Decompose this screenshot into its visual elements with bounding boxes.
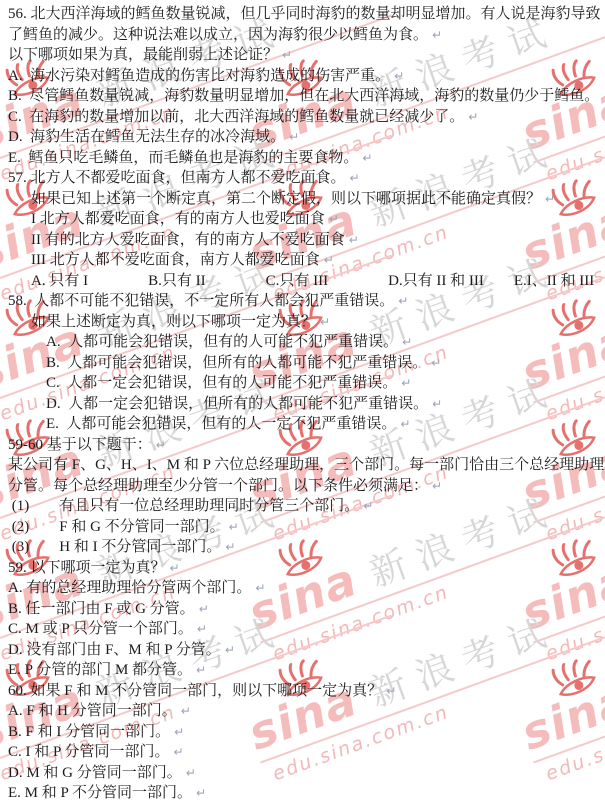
- text-line: 59-60 基于以下题干：↵: [0, 435, 605, 456]
- line-text: D. 人都一定会犯错误，但所有的人都可能不犯严重错误。: [46, 396, 428, 412]
- paragraph-mark: ↵: [225, 540, 235, 554]
- line-text: (1) 有且只有一位总经理助理同时分管三个部门。: [8, 498, 359, 514]
- paragraph-mark: ↵: [398, 294, 408, 308]
- text-line: 了鳕鱼的减少。这种说法难以成立，因为海豹很少以鳕鱼为食。↵: [0, 25, 605, 46]
- text-line: C. M 或 P 只分管一个部门。↵: [0, 619, 605, 640]
- text-line: 60. 如果 F 和 M 不分管同一部门，则以下哪项一定为真？↵: [0, 681, 605, 702]
- text-line: E. 人都可能会犯错误，但有的人一定不犯严重错误。↵: [0, 414, 605, 435]
- line-text: (3) H 和 I 不分管同一部门。: [8, 539, 221, 555]
- paragraph-mark: ↵: [181, 704, 191, 718]
- text-line: B. 任一部门由 F 或 G 分管。↵: [0, 599, 605, 620]
- paragraph-mark: ↵: [468, 110, 478, 124]
- paragraph-mark: ↵: [362, 151, 372, 165]
- text-line: D. 海豹生活在鳕鱼无法生存的冰冷海域。↵: [0, 127, 605, 148]
- line-text: D. 海豹生活在鳕鱼无法生存的冰冷海域。: [8, 129, 285, 145]
- paragraph-mark: ↵: [174, 745, 184, 759]
- paragraph-mark: ↵: [363, 499, 373, 513]
- line-text: I 北方人都爱吃面食，有的南方人也爱吃面食: [31, 211, 325, 227]
- line-text: A. 人都可能会犯错误，但有的人可能不犯严重错误。: [46, 334, 398, 350]
- paragraph-mark: ↵: [324, 253, 334, 267]
- text-line: 57. 北方人不都爱吃面食，但南方人都不爱吃面食。↵: [0, 168, 605, 189]
- line-text: C. 人都一定会犯错误，但有的人可能不犯严重错误。: [46, 375, 397, 391]
- line-text: 60. 如果 F 和 M 不分管同一部门，则以下哪项一定为真？: [8, 683, 382, 699]
- paragraph-mark: ↵: [402, 335, 412, 349]
- line-text: A. F 和 H 分管同一部门。: [8, 703, 177, 719]
- text-line: 如果上述断定为真，则以下哪项一定为真？↵: [0, 312, 605, 333]
- text-line: D. M 和 G 分管同一部门。↵: [0, 763, 605, 784]
- line-text: 56. 北大西洋海域的鳕鱼数量锐减，但几乎同时海豹的数量却明显增加。有人说是海豹…: [8, 6, 601, 22]
- text-line: 58. 人都不可能不犯错误，不一定所有人都会犯严重错误。↵: [0, 291, 605, 312]
- paragraph-mark: ↵: [320, 315, 330, 329]
- text-line: A. 有的总经理助理恰分管两个部门。↵: [0, 578, 605, 599]
- line-text: A. 只有 I B.只有 II C.只有 III D.只有 II 和 III E…: [31, 273, 594, 289]
- text-line: B. 人都可能会犯错误，但所有的人都可能不犯严重错误。↵: [0, 353, 605, 374]
- line-text: D. M 和 G 分管同一部门。: [8, 765, 182, 781]
- paragraph-mark: ↵: [432, 397, 442, 411]
- text-line: D. 人都一定会犯错误，但所有的人都可能不犯严重错误。↵: [0, 394, 605, 415]
- text-line: II 有的北方人爱吃面食，有的南方人不爱吃面食↵: [0, 230, 605, 251]
- paragraph-mark: ↵: [225, 643, 235, 657]
- paragraph-mark: ↵: [394, 69, 404, 83]
- text-line: (3) H 和 I 不分管同一部门。↵: [0, 537, 605, 558]
- paragraph-mark: ↵: [431, 356, 441, 370]
- line-text: (2) F 和 G 不分管同一部门。: [8, 519, 225, 535]
- text-line: (1) 有且只有一位总经理助理同时分管三个部门。↵: [0, 496, 605, 517]
- paragraph-mark: ↵: [386, 684, 396, 698]
- paragraph-mark: ↵: [174, 725, 184, 739]
- text-line: 分管。每个总经理助理至少分管一个部门。以下条件必须满足：↵: [0, 476, 605, 497]
- text-line: E. 鳕鱼只吃毛鳞鱼，而毛鳞鱼也是海豹的主要食物。↵: [0, 148, 605, 169]
- line-text: 某公司有 F、G、H、I、M 和 P 六位总经理助理，三个部门。每一部门恰由三个…: [8, 457, 604, 473]
- paragraph-mark: ↵: [349, 233, 359, 247]
- text-line: E. P 分管的部门 M 都分管。↵: [0, 660, 605, 681]
- text-line: B. 尽管鳕鱼数量锐减，海豹数量明显增加，但在北大西洋海域，海豹的数量仍少于鳕鱼…: [0, 86, 605, 107]
- text-line: 59. 以下哪项一定为真？↵: [0, 558, 605, 579]
- line-text: B. 人都可能会犯错误，但所有的人都可能不犯严重错误。: [46, 355, 427, 371]
- text-line: 以下哪项如果为真，最能削弱上述论证？↵: [0, 45, 605, 66]
- line-text: C. 在海豹的数量增加以前，北大西洋海域的鳕鱼数量就已经减少了。: [8, 109, 464, 125]
- paragraph-mark: ↵: [170, 561, 180, 575]
- document-body: 56. 北大西洋海域的鳕鱼数量锐减，但几乎同时海豹的数量却明显增加。有人说是海豹…: [0, 0, 605, 805]
- text-line: A. F 和 H 分管同一部门。↵: [0, 701, 605, 722]
- paragraph-mark: ↵: [156, 438, 166, 452]
- paragraph-mark: ↵: [229, 520, 239, 534]
- text-line: B. F 和 I 分管同一部门。↵: [0, 722, 605, 743]
- line-text: 59. 以下哪项一定为真？: [8, 560, 166, 576]
- line-text: 分管。每个总经理助理至少分管一个部门。以下条件必须满足：: [8, 478, 428, 494]
- text-line: C. 人都一定会犯错误，但有的人可能不犯严重错误。↵: [0, 373, 605, 394]
- paragraph-mark: ↵: [400, 417, 410, 431]
- text-line: A. 只有 I B.只有 II C.只有 III D.只有 II 和 III E…: [0, 271, 605, 292]
- paragraph-mark: ↵: [432, 28, 442, 42]
- line-text: 如果已知上述第一个断定真，第二个断定假，则以下哪项据此不能确定真假？: [31, 191, 541, 207]
- line-text: B. F 和 I 分管同一部门。: [8, 724, 170, 740]
- text-line: D. 没有部门由 F、M 和 P 分管。↵: [0, 640, 605, 661]
- line-text: 以下哪项如果为真，最能削弱上述论证？: [8, 47, 278, 63]
- text-line: III 北方人都不爱吃面食，南方人都爱吃面食↵: [0, 250, 605, 271]
- line-text: E. M 和 P 不分管同一部门。: [8, 785, 192, 801]
- line-text: A. 有的总经理助理恰分管两个部门。: [8, 580, 251, 596]
- line-text: C. I 和 P 分管同一部门。: [8, 744, 170, 760]
- line-text: E. P 分管的部门 M 都分管。: [8, 662, 192, 678]
- line-text: II 有的北方人爱吃面食，有的南方人不爱吃面食: [31, 232, 345, 248]
- paragraph-mark: ↵: [329, 212, 339, 226]
- paragraph-mark: ↵: [289, 130, 299, 144]
- line-text: C. M 或 P 只分管一个部门。: [8, 621, 193, 637]
- text-line: A. 海水污染对鳕鱼造成的伤害比对海豹造成的伤害严重。↵: [0, 66, 605, 87]
- paragraph-mark: ↵: [197, 622, 207, 636]
- text-line: 56. 北大西洋海域的鳕鱼数量锐减，但几乎同时海豹的数量却明显增加。有人说是海豹…: [0, 4, 605, 25]
- exam-document-page: sina新浪考试edu.sina.com.cnsina新浪考试edu.sina.…: [0, 0, 605, 805]
- line-text: 如果上述断定为真，则以下哪项一定为真？: [31, 314, 316, 330]
- paragraph-mark: ↵: [432, 479, 442, 493]
- paragraph-mark: ↵: [282, 48, 292, 62]
- text-line: C. 在海豹的数量增加以前，北大西洋海域的鳕鱼数量就已经减少了。↵: [0, 107, 605, 128]
- paragraph-mark: ↵: [350, 171, 360, 185]
- paragraph-mark: ↵: [186, 766, 196, 780]
- paragraph-mark: ↵: [545, 192, 555, 206]
- line-text: D. 没有部门由 F、M 和 P 分管。: [8, 642, 221, 658]
- line-text: 了鳕鱼的减少。这种说法难以成立，因为海豹很少以鳕鱼为食。: [8, 27, 428, 43]
- text-line: E. M 和 P 不分管同一部门。↵: [0, 783, 605, 804]
- line-text: B. 任一部门由 F 或 G 分管。: [8, 601, 195, 617]
- line-text: E. 人都可能会犯错误，但有的人一定不犯严重错误。: [46, 416, 396, 432]
- line-text: III 北方人都不爱吃面食，南方人都爱吃面食: [31, 252, 320, 268]
- line-text: A. 海水污染对鳕鱼造成的伤害比对海豹造成的伤害严重。: [8, 68, 390, 84]
- text-line: C. I 和 P 分管同一部门。↵: [0, 742, 605, 763]
- text-line: 如果已知上述第一个断定真，第二个断定假，则以下哪项据此不能确定真假？↵: [0, 189, 605, 210]
- line-text: 59-60 基于以下题干：: [8, 437, 152, 453]
- line-text: B. 尽管鳕鱼数量锐减，海豹数量明显增加，但在北大西洋海域，海豹的数量仍少于鳕鱼…: [8, 88, 599, 104]
- paragraph-mark: ↵: [196, 786, 206, 800]
- text-line: (2) F 和 G 不分管同一部门。↵: [0, 517, 605, 538]
- paragraph-mark: ↵: [196, 663, 206, 677]
- text-line: A. 人都可能会犯错误，但有的人可能不犯严重错误。↵: [0, 332, 605, 353]
- paragraph-mark: ↵: [255, 581, 265, 595]
- text-line: 某公司有 F、G、H、I、M 和 P 六位总经理助理，三个部门。每一部门恰由三个…: [0, 455, 605, 476]
- line-text: 58. 人都不可能不犯错误，不一定所有人都会犯严重错误。: [8, 293, 394, 309]
- line-text: 57. 北方人不都爱吃面食，但南方人都不爱吃面食。: [8, 170, 346, 186]
- line-text: E. 鳕鱼只吃毛鳞鱼，而毛鳞鱼也是海豹的主要食物。: [8, 150, 358, 166]
- text-line: I 北方人都爱吃面食，有的南方人也爱吃面食↵: [0, 209, 605, 230]
- paragraph-mark: ↵: [401, 376, 411, 390]
- paragraph-mark: ↵: [199, 602, 209, 616]
